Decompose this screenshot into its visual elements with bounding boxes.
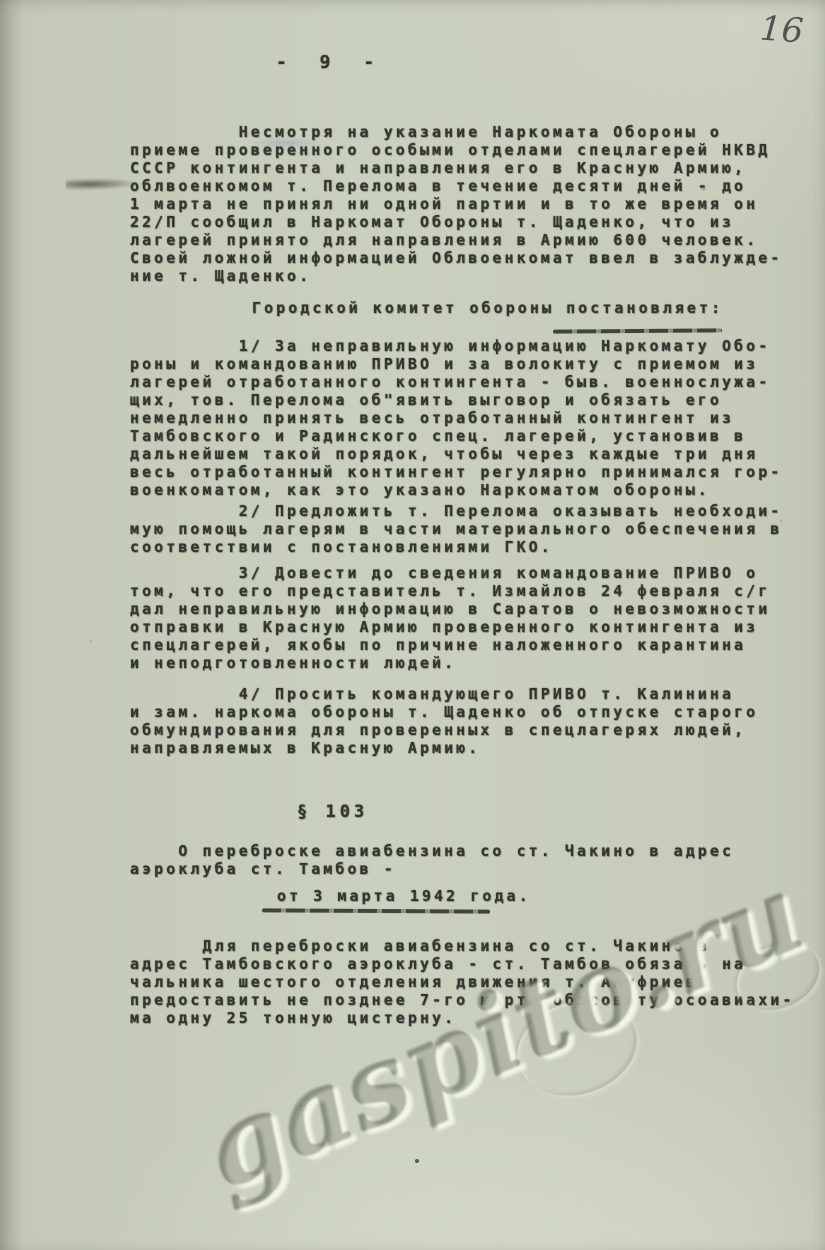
section-number: § 103 <box>297 803 368 821</box>
text-line: весь отработанный контингент регулярно п… <box>130 463 782 481</box>
resolution-item-3: 3/ Довести до сведения командование ПРИВ… <box>130 564 770 672</box>
text-line: 3/ Довести до сведения командование ПРИВ… <box>130 564 770 582</box>
typed-page-number: - 9 - <box>276 54 385 72</box>
text-line: и неподготовленности людей. <box>130 654 770 672</box>
text-line: 2/ Предложить т. Перелома оказывать необ… <box>130 502 782 520</box>
text-line: Своей ложной информацией Облвоенкомат вв… <box>130 249 782 267</box>
section-date: от 3 марта 1942 года. <box>277 887 531 905</box>
resolution-item-4: 4/ Просить командующего ПРИВО т. Калинин… <box>130 685 758 757</box>
text-line: 1 марта не принял ни одной партии и в то… <box>130 195 782 213</box>
text-line: аэроклуба ст. Тамбов - <box>130 860 734 878</box>
paper-speck <box>90 640 92 643</box>
text-line: щих, тов. Перелома об"явить выговор и об… <box>130 391 782 409</box>
text-line: отправки в Красную Армию проверенного ко… <box>130 618 770 636</box>
date-underline <box>262 908 490 913</box>
text-line: и зам. наркома обороны т. Щаденко об отп… <box>130 703 758 721</box>
resolution-heading: Городской комитет обороны постановляет: <box>252 299 723 317</box>
handwritten-folio-number: 16 <box>759 9 805 52</box>
resolution-item-1: 1/ За неправильную информацию Наркомату … <box>130 337 782 499</box>
text-line: роны и командованию ПРИВО и за волокиту … <box>130 355 782 373</box>
paper-speck <box>780 520 782 522</box>
text-line: соответствии с постановлениями ГКО. <box>130 538 782 556</box>
section-subject: О переброске авиабензина со ст. Чакино в… <box>130 842 734 878</box>
text-line: 4/ Просить командующего ПРИВО т. Калинин… <box>130 685 758 703</box>
text-line: 22/П сообщил в Наркомат Обороны т. Щаден… <box>130 213 782 231</box>
text-line: приеме проверенного особыми отделами спе… <box>130 141 782 159</box>
text-line: направляемых в Красную Армию. <box>130 739 758 757</box>
text-line: том, что его представитель т. Измайлов 2… <box>130 582 770 600</box>
intro-paragraph: Несмотря на указание Наркомата Обороны о… <box>130 123 782 285</box>
text-line: О переброске авиабензина со ст. Чакино в… <box>130 842 734 860</box>
scanned-document-page: 16 - 9 - Несмотря на указание Наркомата … <box>0 0 825 1250</box>
resolution-item-2: 2/ Предложить т. Перелома оказывать необ… <box>130 502 782 556</box>
text-line: мую помощь лагерям в части материального… <box>130 520 782 538</box>
text-line: облвоенкомом т. Перелома в течение десят… <box>130 177 782 195</box>
text-line: ние т. Щаденко. <box>130 267 782 285</box>
ink-dot <box>415 1159 419 1163</box>
text-line: лагерей отработанного контингента - быв.… <box>130 373 782 391</box>
text-line: Тамбовского и Радинского спец. лагерей, … <box>130 427 782 445</box>
ink-smudge <box>66 177 140 190</box>
text-line: спецлагерей, якобы по причине наложенног… <box>130 636 770 654</box>
text-line: Несмотря на указание Наркомата Обороны о <box>130 123 782 141</box>
heading-underline <box>553 328 722 333</box>
text-line: лагерей принято для направления в Армию … <box>130 231 782 249</box>
text-line: военкоматом, как это указано Наркоматом … <box>130 481 782 499</box>
text-line: немедленно принять весь отработанный кон… <box>130 409 782 427</box>
text-line: СССР контингента и направления его в Кра… <box>130 159 782 177</box>
text-line: обмундирования для проверенных в спецлаг… <box>130 721 758 739</box>
text-line: 1/ За неправильную информацию Наркомату … <box>130 337 782 355</box>
paper-speck <box>702 188 705 191</box>
text-line: дальнейшем такой порядок, чтобы через ка… <box>130 445 782 463</box>
text-line: дал неправильную информацию в Саратов о … <box>130 600 770 618</box>
